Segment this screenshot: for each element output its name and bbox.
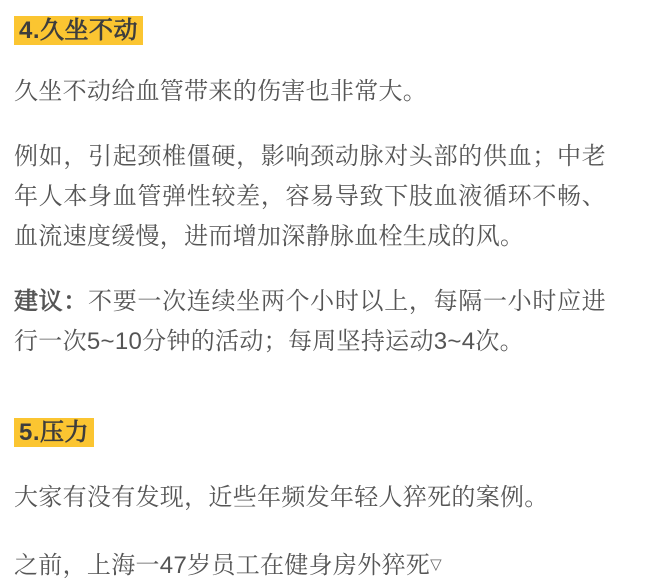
section-4-advice-paragraph: 建议：不要一次连续坐两个小时以上，每隔一小时应进行一次5~10分钟的活动；每周坚… xyxy=(14,282,606,362)
section-5-paragraph-2: 之前，上海一47岁员工在健身房外猝死▽ xyxy=(14,545,606,586)
article-page: 4.久坐不动 久坐不动给血管带来的伤害也非常大。 例如，引起颈椎僵硬，影响颈动脉… xyxy=(0,0,653,588)
section-5-paragraph-1: 大家有没有发现，近些年频发年轻人猝死的案例。 xyxy=(14,478,606,518)
section-5-heading: 5.压力 xyxy=(14,418,94,447)
advice-label: 建议： xyxy=(14,288,88,315)
section-4-paragraph-1: 久坐不动给血管带来的伤害也非常大。 xyxy=(14,72,606,112)
advice-text: 不要一次连续坐两个小时以上，每隔一小时应进行一次5~10分钟的活动；每周坚持运动… xyxy=(14,288,606,355)
section-4-heading: 4.久坐不动 xyxy=(14,16,143,45)
section-4-paragraph-2: 例如，引起颈椎僵硬，影响颈动脉对头部的供血；中老年人本身血管弹性较差，容易导致下… xyxy=(14,137,606,257)
down-triangle-icon: ▽ xyxy=(430,556,442,573)
section-5-paragraph-2-text: 之前，上海一47岁员工在健身房外猝死 xyxy=(14,552,430,579)
section-4-heading-row: 4.久坐不动 xyxy=(14,16,639,45)
section-5-heading-row: 5.压力 xyxy=(14,418,639,447)
